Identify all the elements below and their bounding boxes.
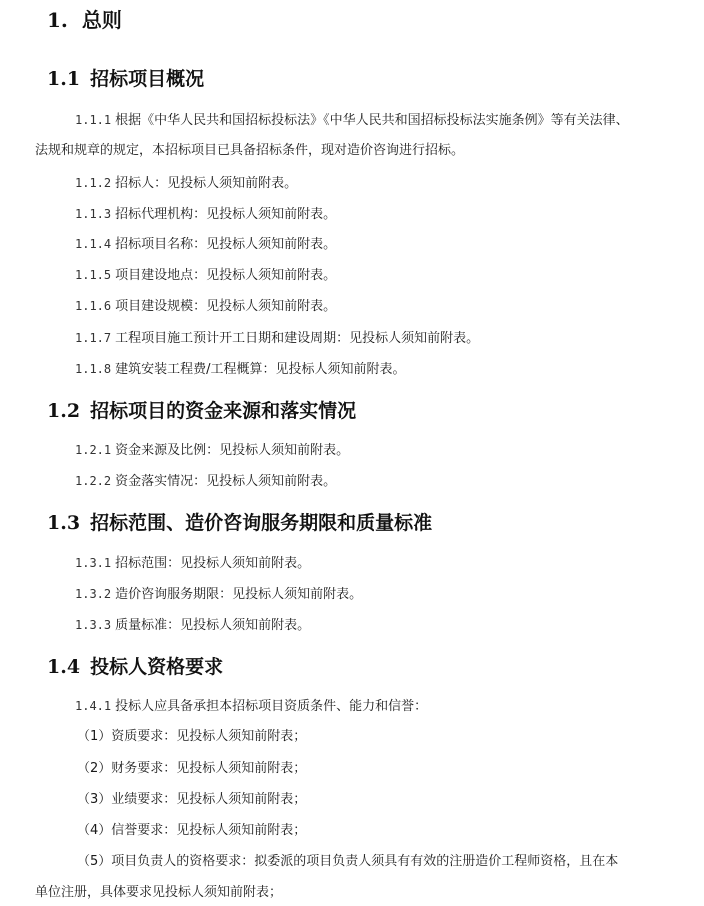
requirement-number: （2）: [77, 761, 111, 776]
requirement-number: （4）: [77, 823, 111, 838]
clause-number: 1.4.1: [75, 699, 111, 713]
section-number: 1.3: [47, 512, 80, 534]
requirement-text: 业绩要求：见投标人须知前附表；: [111, 792, 306, 807]
section-heading: 1.2招标项目的资金来源和落实情况: [47, 398, 356, 424]
requirement-number: （1）: [77, 729, 111, 744]
requirement-text: 资质要求：见投标人须知前附表；: [111, 729, 306, 744]
section-number: 1.1: [47, 68, 80, 90]
clause: 1.3.3质量标准：见投标人须知前附表。: [75, 616, 310, 635]
requirement-item: （4）信誉要求：见投标人须知前附表；: [77, 822, 306, 840]
chapter-title: 总则: [82, 8, 122, 32]
section-title: 投标人资格要求: [90, 656, 223, 678]
clause-text: 造价咨询服务期限：见投标人须知前附表。: [115, 587, 362, 602]
clause-number: 1.1.5: [75, 268, 111, 282]
requirement-text: 信誉要求：见投标人须知前附表；: [111, 823, 306, 838]
clause-text: 根据《中华人民共和国招标投标法》《中华人民共和国招标投标法实施条例》等有关法律、: [115, 113, 629, 128]
clause: 1.3.2造价咨询服务期限：见投标人须知前附表。: [75, 585, 362, 604]
requirement-number: （5）: [77, 854, 111, 869]
clause-text: 项目建设地点：见投标人须知前附表。: [115, 268, 336, 283]
section-heading: 1.4投标人资格要求: [47, 654, 223, 680]
requirement-item: （3）业绩要求：见投标人须知前附表；: [77, 791, 306, 809]
requirement-number: （3）: [77, 792, 111, 807]
clause-number: 1.3.2: [75, 587, 111, 601]
clause-number: 1.1.6: [75, 299, 111, 313]
chapter-heading: 1.总则: [47, 6, 122, 34]
clause: 1.1.1根据《中华人民共和国招标投标法》《中华人民共和国招标投标法实施条例》等…: [75, 111, 629, 130]
clause-number: 1.1.7: [75, 331, 111, 345]
section-heading: 1.3招标范围、造价咨询服务期限和质量标准: [47, 510, 432, 536]
clause-number: 1.1.8: [75, 362, 111, 376]
clause-text: 质量标准：见投标人须知前附表。: [115, 618, 310, 633]
clause-text: 工程项目施工预计开工日期和建设周期：见投标人须知前附表。: [115, 331, 479, 346]
requirement-text: 财务要求：见投标人须知前附表；: [111, 761, 306, 776]
clause-number: 1.1.2: [75, 176, 111, 190]
requirement-item: （1）资质要求：见投标人须知前附表；: [77, 728, 306, 746]
requirement-item: （5）项目负责人的资格要求：拟委派的项目负责人须具有有效的注册造价工程师资格，且…: [77, 853, 618, 871]
clause: 1.1.7工程项目施工预计开工日期和建设周期：见投标人须知前附表。: [75, 329, 479, 348]
clause: 1.4.1投标人应具备承担本招标项目资质条件、能力和信誉：: [75, 697, 427, 716]
clause: 1.3.1招标范围：见投标人须知前附表。: [75, 554, 310, 573]
clause-text: 招标项目名称：见投标人须知前附表。: [115, 237, 336, 252]
clause-number: 1.2.1: [75, 443, 111, 457]
chapter-number: 1.: [47, 8, 68, 32]
section-title: 招标范围、造价咨询服务期限和质量标准: [90, 512, 432, 534]
clause: 1.2.1资金来源及比例：见投标人须知前附表。: [75, 441, 349, 460]
clause: 1.1.3招标代理机构：见投标人须知前附表。: [75, 205, 336, 224]
requirement-continuation: 单位注册，具体要求见投标人须知前附表；: [35, 884, 282, 902]
clause-text: 建筑安装工程费/工程概算：见投标人须知前附表。: [115, 362, 405, 377]
requirement-text: 项目负责人的资格要求：拟委派的项目负责人须具有有效的注册造价工程师资格，且在本: [111, 854, 618, 869]
section-heading: 1.1招标项目概况: [47, 66, 204, 92]
clause-continuation: 法规和规章的规定，本招标项目已具备招标条件，现对造价咨询进行招标。: [35, 142, 464, 160]
clause: 1.1.2招标人：见投标人须知前附表。: [75, 174, 297, 193]
clause-number: 1.1.1: [75, 113, 111, 127]
section-title: 招标项目概况: [90, 68, 204, 90]
clause-text: 投标人应具备承担本招标项目资质条件、能力和信誉：: [115, 699, 427, 714]
clause: 1.1.6项目建设规模：见投标人须知前附表。: [75, 297, 336, 316]
clause-text: 项目建设规模：见投标人须知前附表。: [115, 299, 336, 314]
clause-text: 招标人：见投标人须知前附表。: [115, 176, 297, 191]
clause-text: 招标代理机构：见投标人须知前附表。: [115, 207, 336, 222]
clause-text: 招标范围：见投标人须知前附表。: [115, 556, 310, 571]
section-title: 招标项目的资金来源和落实情况: [90, 400, 356, 422]
clause: 1.2.2资金落实情况：见投标人须知前附表。: [75, 472, 336, 491]
clause: 1.1.8建筑安装工程费/工程概算：见投标人须知前附表。: [75, 360, 406, 379]
section-number: 1.4: [47, 656, 80, 678]
clause-number: 1.2.2: [75, 474, 111, 488]
clause: 1.1.5项目建设地点：见投标人须知前附表。: [75, 266, 336, 285]
clause-number: 1.1.3: [75, 207, 111, 221]
requirement-item: （2）财务要求：见投标人须知前附表；: [77, 760, 306, 778]
clause-text: 资金落实情况：见投标人须知前附表。: [115, 474, 336, 489]
clause: 1.1.4招标项目名称：见投标人须知前附表。: [75, 235, 336, 254]
clause-number: 1.1.4: [75, 237, 111, 251]
clause-text: 资金来源及比例：见投标人须知前附表。: [115, 443, 349, 458]
clause-number: 1.3.1: [75, 556, 111, 570]
clause-number: 1.3.3: [75, 618, 111, 632]
section-number: 1.2: [47, 400, 80, 422]
